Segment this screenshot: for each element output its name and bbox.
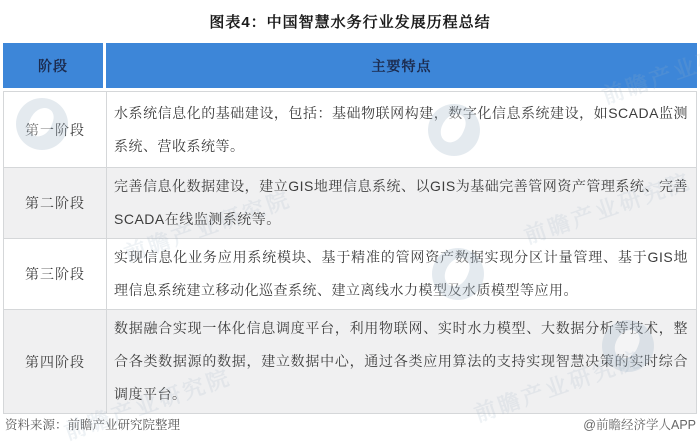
- source-note: 资料来源：前瞻产业研究院整理: [5, 415, 180, 433]
- features-text: 实现信息化业务应用系统模块、基于精准的管网资产数据实现分区计量管理、基于GIS地…: [114, 241, 688, 307]
- features-text: 数据融合实现一体化信息调度平台，利用物联网、实时水力模型、大数据分析等技术，整合…: [114, 312, 688, 411]
- stages-table: 阶段 主要特点 第一阶段 水系统信息化的基础建设，包括：基础物联网构建，数字化信…: [3, 43, 697, 414]
- column-header-stage: 阶段: [3, 43, 106, 88]
- features-text: 水系统信息化的基础建设，包括：基础物联网构建，数字化信息系统建设，如SCADA监…: [114, 97, 688, 163]
- features-cell: 实现信息化业务应用系统模块、基于精准的管网资产数据实现分区计量管理、基于GIS地…: [107, 239, 696, 309]
- table-row: 第一阶段 水系统信息化的基础建设，包括：基础物联网构建，数字化信息系统建设，如S…: [4, 92, 696, 167]
- stage-cell: 第二阶段: [4, 168, 107, 238]
- table-header-row: 阶段 主要特点: [3, 43, 697, 88]
- table-row: 第二阶段 完善信息化数据建设，建立GIS地理信息系统、以GIS为基础完善管网资产…: [4, 167, 696, 238]
- table-row: 第三阶段 实现信息化业务应用系统模块、基于精准的管网资产数据实现分区计量管理、基…: [4, 238, 696, 309]
- features-cell: 水系统信息化的基础建设，包括：基础物联网构建，数字化信息系统建设，如SCADA监…: [107, 92, 696, 167]
- page-title: 图表4：中国智慧水务行业发展历程总结: [0, 0, 700, 32]
- table-body: 第一阶段 水系统信息化的基础建设，包括：基础物联网构建，数字化信息系统建设，如S…: [3, 91, 697, 414]
- stage-cell: 第一阶段: [4, 92, 107, 167]
- stage-cell: 第三阶段: [4, 239, 107, 309]
- footer: 资料来源：前瞻产业研究院整理 @前瞻经济学人APP: [5, 415, 696, 433]
- features-text: 完善信息化数据建设，建立GIS地理信息系统、以GIS为基础完善管网资产管理系统、…: [114, 170, 688, 236]
- features-cell: 完善信息化数据建设，建立GIS地理信息系统、以GIS为基础完善管网资产管理系统、…: [107, 168, 696, 238]
- column-header-features: 主要特点: [106, 43, 697, 88]
- features-cell: 数据融合实现一体化信息调度平台，利用物联网、实时水力模型、大数据分析等技术，整合…: [107, 310, 696, 413]
- brand-note: @前瞻经济学人APP: [583, 415, 696, 433]
- stage-cell: 第四阶段: [4, 310, 107, 413]
- table-row: 第四阶段 数据融合实现一体化信息调度平台，利用物联网、实时水力模型、大数据分析等…: [4, 309, 696, 413]
